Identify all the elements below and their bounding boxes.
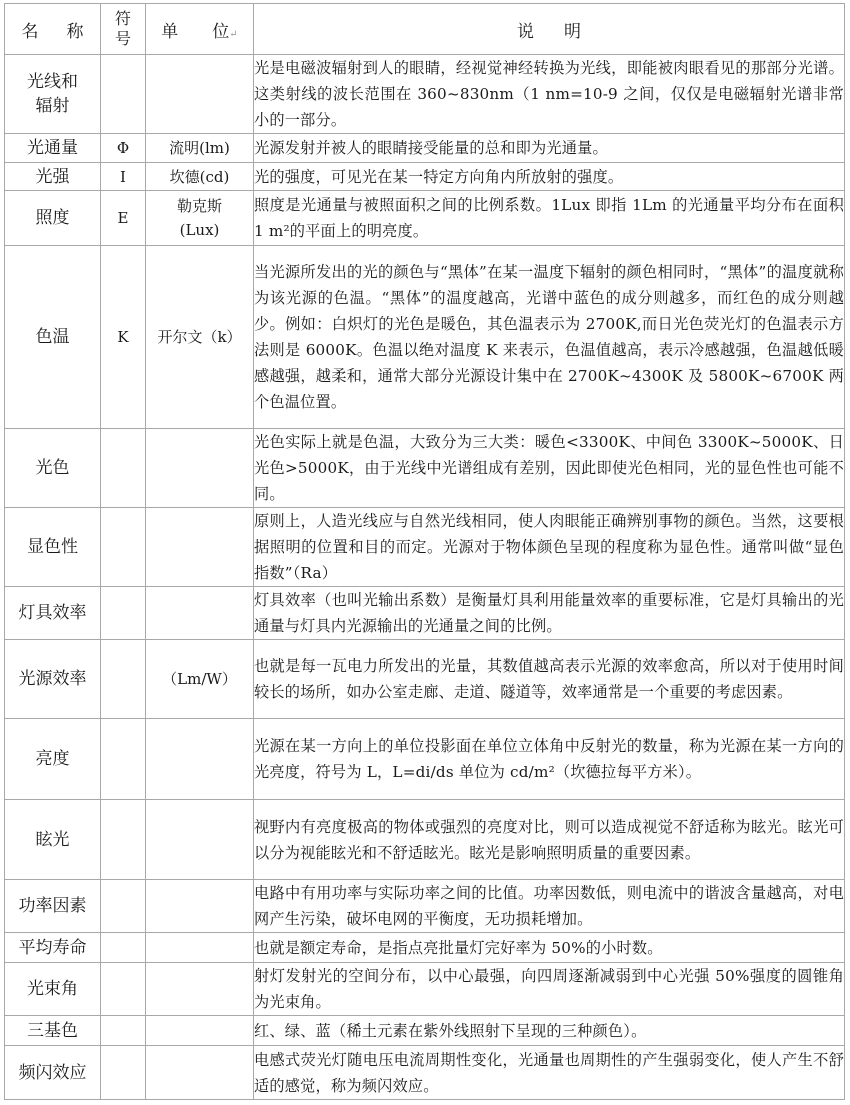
term-symbol [101, 1046, 146, 1100]
table-row: 光线和辐射光是电磁波辐射到人的眼睛，经视觉神经转换为光线，即能被肉眼看见的那部分… [5, 55, 845, 134]
table-row: 三基色红、绿、蓝（稀土元素在紫外线照射下呈现的三种颜色）。 [5, 1016, 845, 1046]
table-row: 亮度光源在某一方向上的单位投影面在单位立体角中反射光的数量，称为光源在某一方向的… [5, 719, 845, 800]
term-unit [146, 587, 254, 640]
table-row: 眩光视野内有亮度极高的物体或强烈的亮度对比，则可以造成视觉不舒适称为眩光。眩光可… [5, 800, 845, 880]
term-unit [146, 933, 254, 963]
term-name: 频闪效应 [5, 1046, 101, 1100]
header-unit: 单位↵ [146, 4, 254, 55]
term-symbol [101, 587, 146, 640]
term-name: 功率因素 [5, 880, 101, 933]
term-name: 光束角 [5, 963, 101, 1016]
term-unit: （Lm/W） [146, 640, 254, 719]
term-unit [146, 719, 254, 800]
term-description: 光源发射并被人的眼睛接受能量的总和即为光通量。 [254, 134, 845, 163]
term-symbol [101, 1016, 146, 1046]
paragraph-mark-icon: ↵ [229, 29, 237, 40]
term-unit: 坎德(cd) [146, 163, 254, 191]
term-description: 也就是每一瓦电力所发出的光量，其数值越高表示光源的效率愈高，所以对于使用时间较长… [254, 640, 845, 719]
term-description: 光的强度，可见光在某一特定方向角内所放射的强度。 [254, 163, 845, 191]
header-symbol: 符号 [101, 4, 146, 55]
term-description: 原则上，人造光线应与自然光线相同，使人肉眼能正确辨别事物的颜色。当然，这要根据照… [254, 508, 845, 587]
term-name: 色温 [5, 246, 101, 429]
term-description: 当光源所发出的光的颜色与“黑体”在某一温度下辐射的颜色相同时，“黑体”的温度就称… [254, 246, 845, 429]
table-body: 光线和辐射光是电磁波辐射到人的眼睛，经视觉神经转换为光线，即能被肉眼看见的那部分… [5, 55, 845, 1100]
table-row: 光束角射灯发射光的空间分布，以中心最强，向四周逐渐减弱到中心光强 50%强度的圆… [5, 963, 845, 1016]
term-symbol [101, 719, 146, 800]
term-name: 眩光 [5, 800, 101, 880]
term-description: 视野内有亮度极高的物体或强烈的亮度对比，则可以造成视觉不舒适称为眩光。眩光可以分… [254, 800, 845, 880]
term-symbol [101, 429, 146, 508]
term-name: 灯具效率 [5, 587, 101, 640]
table-row: 色温K开尔文（k）当光源所发出的光的颜色与“黑体”在某一温度下辐射的颜色相同时，… [5, 246, 845, 429]
term-symbol [101, 55, 146, 134]
header-description: 说明 [254, 4, 845, 55]
term-unit [146, 800, 254, 880]
term-unit [146, 1046, 254, 1100]
term-symbol [101, 963, 146, 1016]
table-row: 照度E勒克斯(Lux)照度是光通量与被照面积之间的比例系数。1Lux 即指 1L… [5, 191, 845, 246]
term-symbol [101, 800, 146, 880]
table-row: 显色性原则上，人造光线应与自然光线相同，使人肉眼能正确辨别事物的颜色。当然，这要… [5, 508, 845, 587]
term-description: 电感式荧光灯随电压电流周期性变化，光通量也周期性的产生强弱变化，使人产生不舒适的… [254, 1046, 845, 1100]
term-description: 红、绿、蓝（稀土元素在紫外线照射下呈现的三种颜色）。 [254, 1016, 845, 1046]
term-unit [146, 880, 254, 933]
term-description: 电路中有用功率与实际功率之间的比值。功率因数低，则电流中的谐波含量越高，对电网产… [254, 880, 845, 933]
table-row: 频闪效应电感式荧光灯随电压电流周期性变化，光通量也周期性的产生强弱变化，使人产生… [5, 1046, 845, 1100]
term-symbol: E [101, 191, 146, 246]
table-row: 光强I坎德(cd)光的强度，可见光在某一特定方向角内所放射的强度。 [5, 163, 845, 191]
header-name: 名称 [5, 4, 101, 55]
table-row: 光通量Φ流明(lm)光源发射并被人的眼睛接受能量的总和即为光通量。 [5, 134, 845, 163]
term-symbol [101, 933, 146, 963]
term-unit: 开尔文（k） [146, 246, 254, 429]
table-row: 灯具效率灯具效率（也叫光输出系数）是衡量灯具利用能量效率的重要标准，它是灯具输出… [5, 587, 845, 640]
table-row: 平均寿命也就是额定寿命，是指点亮批量灯完好率为 50%的小时数。 [5, 933, 845, 963]
term-description: 射灯发射光的空间分布，以中心最强，向四周逐渐减弱到中心光强 50%强度的圆锥角为… [254, 963, 845, 1016]
term-name: 光线和辐射 [5, 55, 101, 134]
term-symbol: I [101, 163, 146, 191]
term-unit: 勒克斯(Lux) [146, 191, 254, 246]
term-name: 显色性 [5, 508, 101, 587]
term-name: 平均寿命 [5, 933, 101, 963]
term-name: 照度 [5, 191, 101, 246]
term-name: 三基色 [5, 1016, 101, 1046]
term-description: 光是电磁波辐射到人的眼睛，经视觉神经转换为光线，即能被肉眼看见的那部分光谱。这类… [254, 55, 845, 134]
term-description: 灯具效率（也叫光输出系数）是衡量灯具利用能量效率的重要标准，它是灯具输出的光通量… [254, 587, 845, 640]
table-row: 光源效率（Lm/W）也就是每一瓦电力所发出的光量，其数值越高表示光源的效率愈高，… [5, 640, 845, 719]
term-description: 光源在某一方向上的单位投影面在单位立体角中反射光的数量，称为光源在某一方向的光亮… [254, 719, 845, 800]
lighting-terms-table: 名称 符号 单位↵ 说明 光线和辐射光是电磁波辐射到人的眼睛，经视觉神经转换为光… [4, 3, 845, 1100]
term-symbol: K [101, 246, 146, 429]
term-symbol [101, 880, 146, 933]
term-unit [146, 55, 254, 134]
term-description: 光色实际上就是色温，大致分为三大类：暖色<3300K、中间色 3300K~500… [254, 429, 845, 508]
term-unit [146, 429, 254, 508]
table-row: 光色光色实际上就是色温，大致分为三大类：暖色<3300K、中间色 3300K~5… [5, 429, 845, 508]
term-unit [146, 508, 254, 587]
header-row: 名称 符号 单位↵ 说明 [5, 4, 845, 55]
term-name: 光强 [5, 163, 101, 191]
term-description: 照度是光通量与被照面积之间的比例系数。1Lux 即指 1Lm 的光通量平均分布在… [254, 191, 845, 246]
term-name: 亮度 [5, 719, 101, 800]
term-symbol [101, 508, 146, 587]
term-name: 光通量 [5, 134, 101, 163]
term-unit [146, 1016, 254, 1046]
term-symbol [101, 640, 146, 719]
term-symbol: Φ [101, 134, 146, 163]
table-row: 功率因素电路中有用功率与实际功率之间的比值。功率因数低，则电流中的谐波含量越高，… [5, 880, 845, 933]
term-unit: 流明(lm) [146, 134, 254, 163]
term-description: 也就是额定寿命，是指点亮批量灯完好率为 50%的小时数。 [254, 933, 845, 963]
term-name: 光色 [5, 429, 101, 508]
term-name: 光源效率 [5, 640, 101, 719]
term-unit [146, 963, 254, 1016]
